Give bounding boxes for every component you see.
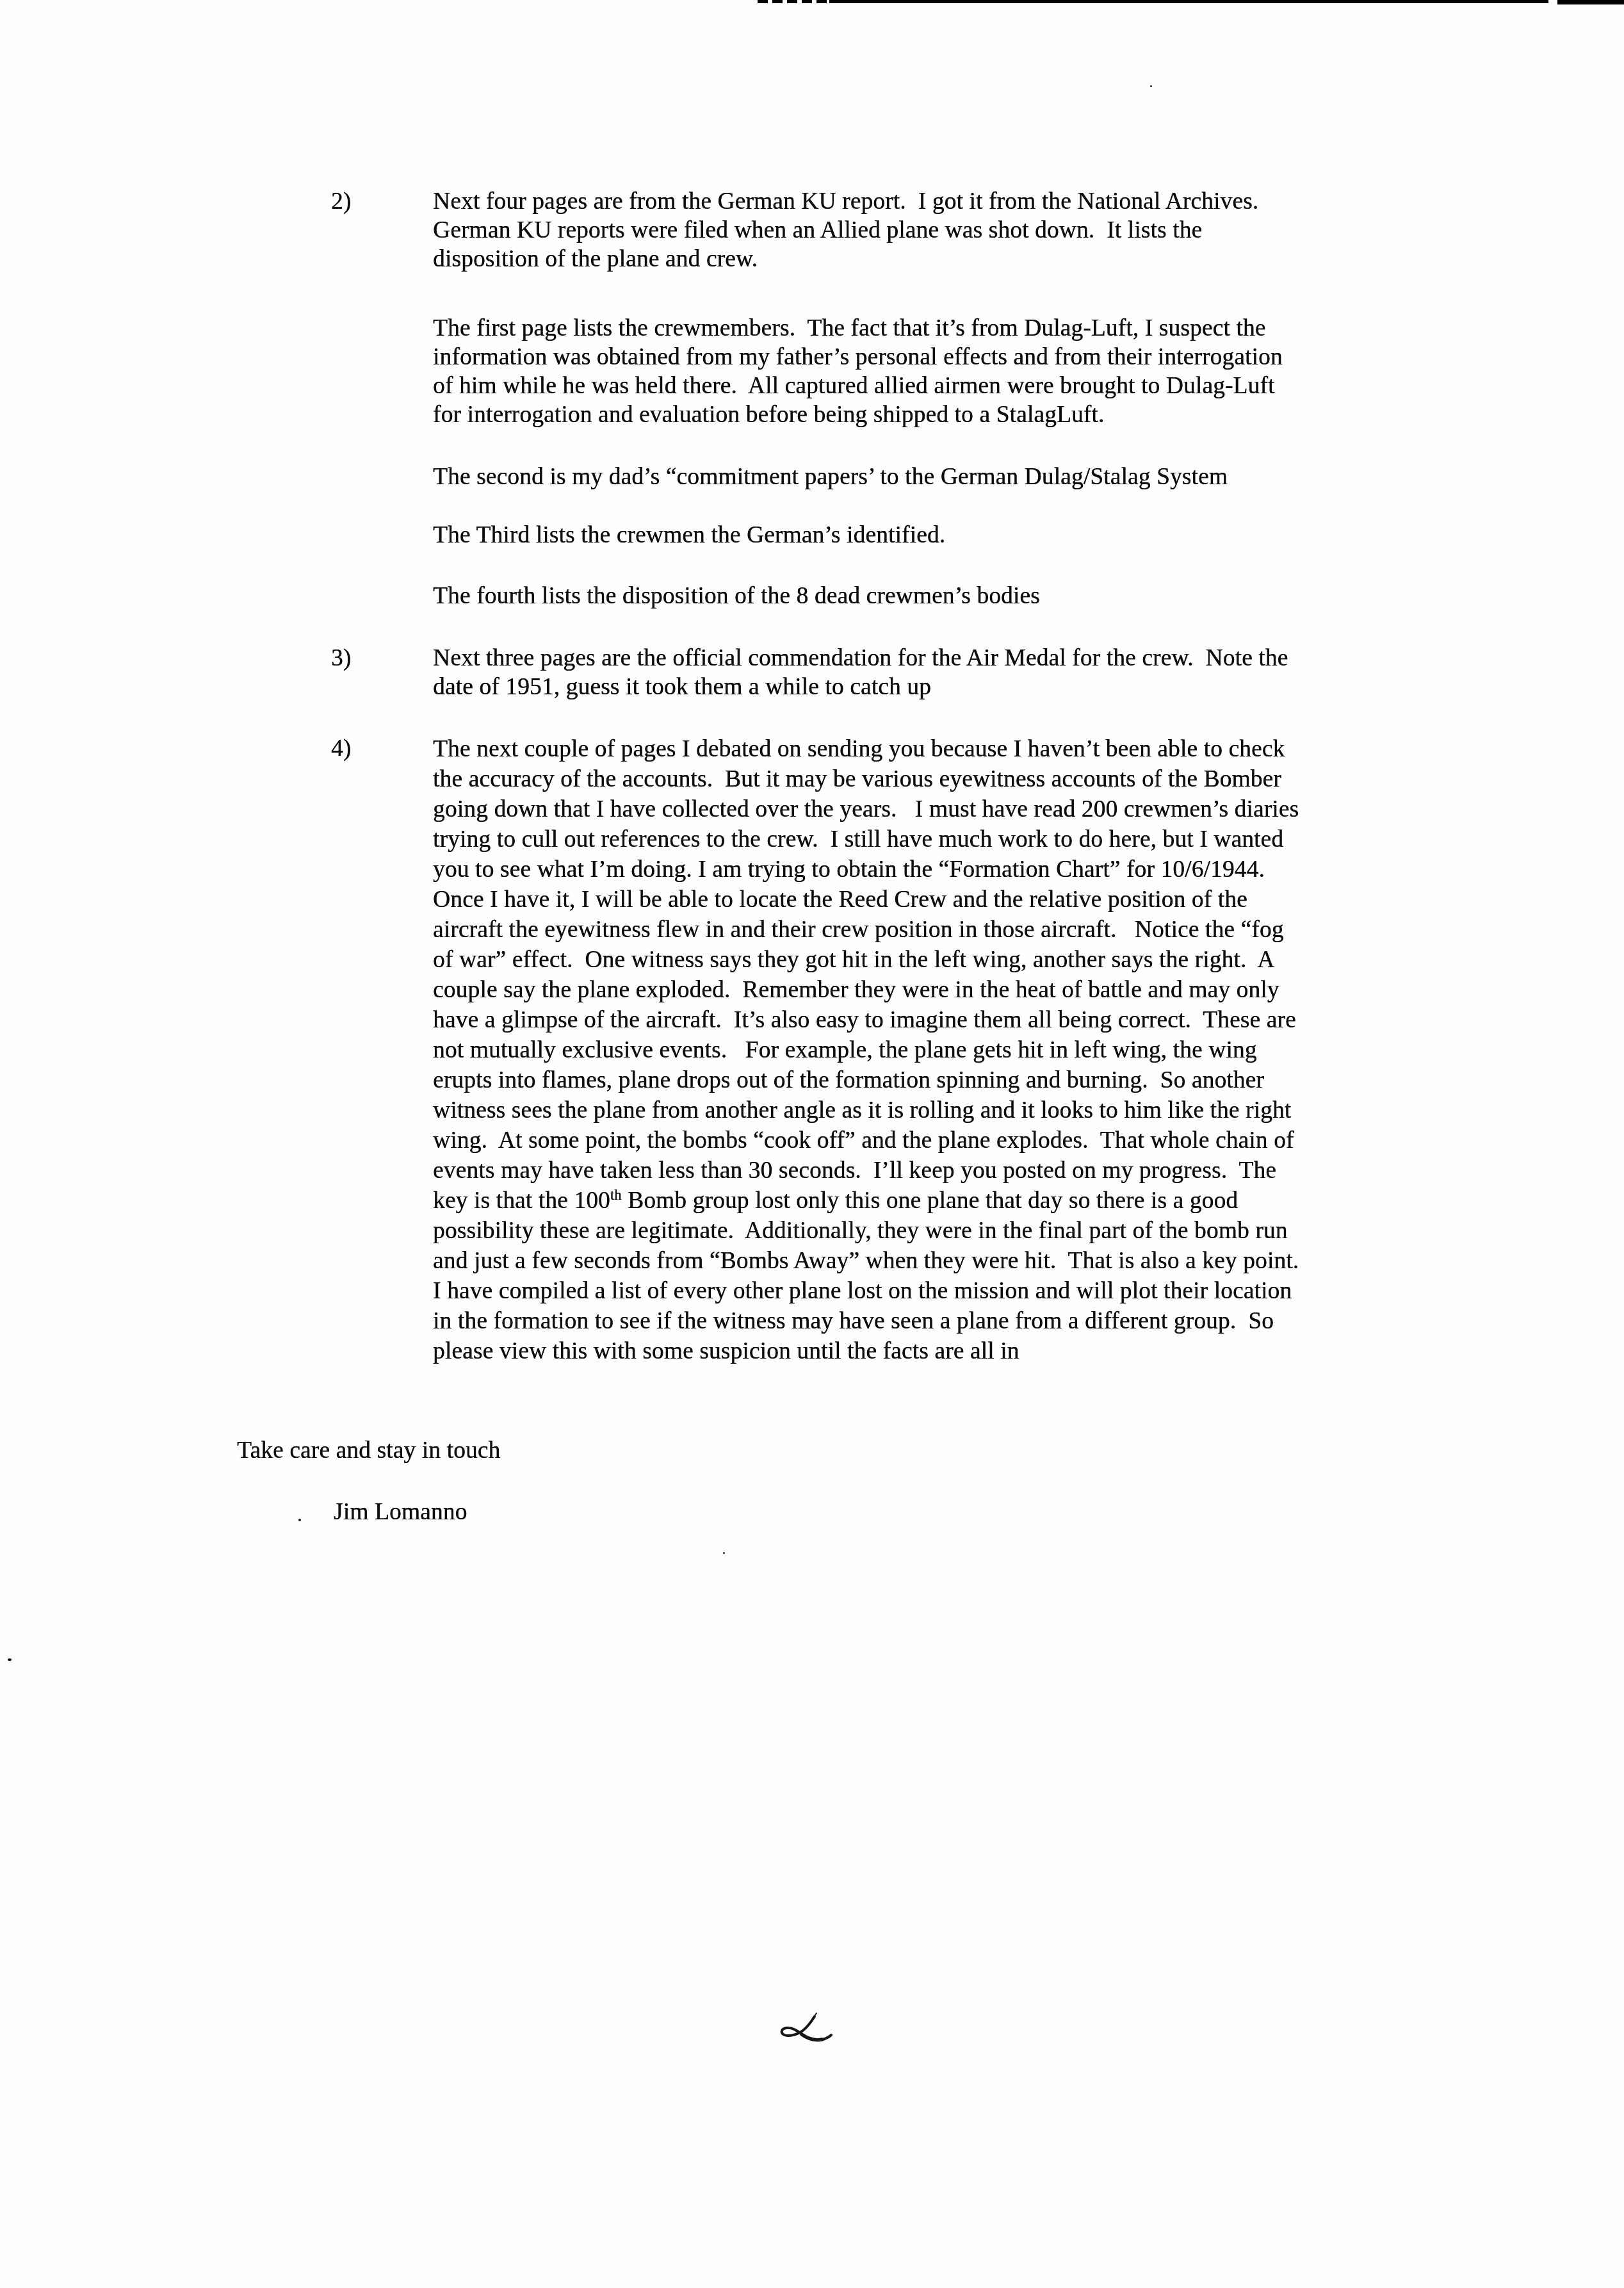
paragraph-segment: The next couple of pages I debated on se… <box>433 736 1299 1214</box>
paragraph-fourth-page: The fourth lists the disposition of the … <box>433 582 1458 610</box>
paragraph-ku-report: Next four pages are from the German KU r… <box>433 187 1458 274</box>
superscript-ordinal: th <box>610 1187 622 1203</box>
paragraph-eyewitness-accounts: The next couple of pages I debated on se… <box>433 734 1458 1366</box>
list-item-number: 2) <box>331 187 351 216</box>
paragraph-third-page: The Third lists the crewmen the German’s… <box>433 521 1458 550</box>
scan-speck <box>723 1552 725 1554</box>
scan-artifact-line <box>829 0 1548 3</box>
paragraph-second-page: The second is my dad’s “commitment paper… <box>433 462 1458 491</box>
paragraph-first-page: The first page lists the crewmembers. Th… <box>433 314 1458 429</box>
scan-speck <box>8 1658 12 1661</box>
list-item-number: 4) <box>331 734 351 763</box>
signature-name: Jim Lomanno <box>334 1498 1358 1526</box>
scan-speck <box>1150 85 1152 87</box>
closing-line: Take care and stay in touch <box>237 1436 1262 1465</box>
scan-artifact-line <box>758 0 829 3</box>
handwritten-page-number <box>776 2011 840 2048</box>
paragraph-air-medal: Next three pages are the official commen… <box>433 644 1458 701</box>
scan-artifact-line <box>1557 0 1624 4</box>
paragraph-segment: Bomb group lost only this one plane that… <box>433 1188 1299 1364</box>
scan-speck <box>298 1519 301 1521</box>
list-item-number: 3) <box>331 644 351 673</box>
scanned-letter-page: 2) Next four pages are from the German K… <box>0 0 1624 2288</box>
handwriting-stroke <box>802 2034 822 2040</box>
